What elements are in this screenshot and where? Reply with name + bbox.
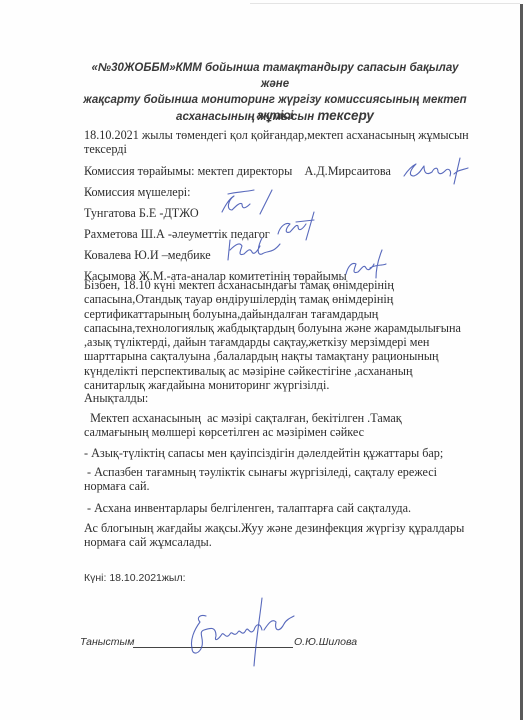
title-line-1: «№30ЖОББМ»КММ бойынша тамақтандыру сапас… <box>80 60 470 92</box>
intro-line-2: тексерді <box>84 142 127 157</box>
finding-3: - Аспазбен тағамның тәуліктік сынағы жүр… <box>84 465 469 494</box>
finding-5: Ас блогының жағдайы жақсы.Жуу және дезин… <box>84 521 469 550</box>
signature-member-4-icon <box>340 248 390 280</box>
document-subtitle: актісі <box>80 108 470 122</box>
members-heading: Комиссия мүшелері: <box>84 185 191 200</box>
member-1: Тунгатова Б.Е -ДТЖО <box>84 206 199 221</box>
title-line-2: жақсарту бойынша мониторинг жүргізу коми… <box>80 92 470 108</box>
body-paragraph: Бізбен, 18.10 күні мектеп асханасындағы … <box>84 278 469 392</box>
intro-line-1: 18.10.2021 жылы төмендегі қол қойғандар,… <box>84 128 469 143</box>
scan-edge-right <box>520 4 523 720</box>
scan-edge-top <box>250 3 520 4</box>
commission-chair: Комиссия төрайымы: мектеп директоры А.Д.… <box>84 164 391 179</box>
finding-1: Мектеп асханасының ас мәзірі сақталған, … <box>84 411 469 440</box>
scanned-document-page: «№30ЖОББМ»КММ бойынша тамақтандыру сапас… <box>0 0 524 720</box>
acknowledged-label: Таныстым <box>80 636 134 648</box>
signature-acknowledged-icon <box>176 596 306 668</box>
chair-label: Комиссия төрайымы: мектеп директоры <box>84 164 292 178</box>
acknowledged-name: О.Ю.Шилова <box>294 636 357 648</box>
finding-4: - Асхана инвентарлары белгіленген, талап… <box>84 501 411 516</box>
signature-chair-icon <box>398 154 478 188</box>
findings-heading: Анықталды: <box>84 391 148 406</box>
member-3: Ковалева Ю.И –медбике <box>84 248 211 263</box>
chair-name: А.Д.Мирсаитова <box>304 164 390 178</box>
date-line: Күні: 18.10.2021жыл: <box>84 572 186 584</box>
finding-2: - Азық-түліктің сапасы мен қауіпсіздігін… <box>84 446 443 461</box>
signature-member-3-icon <box>222 232 292 266</box>
